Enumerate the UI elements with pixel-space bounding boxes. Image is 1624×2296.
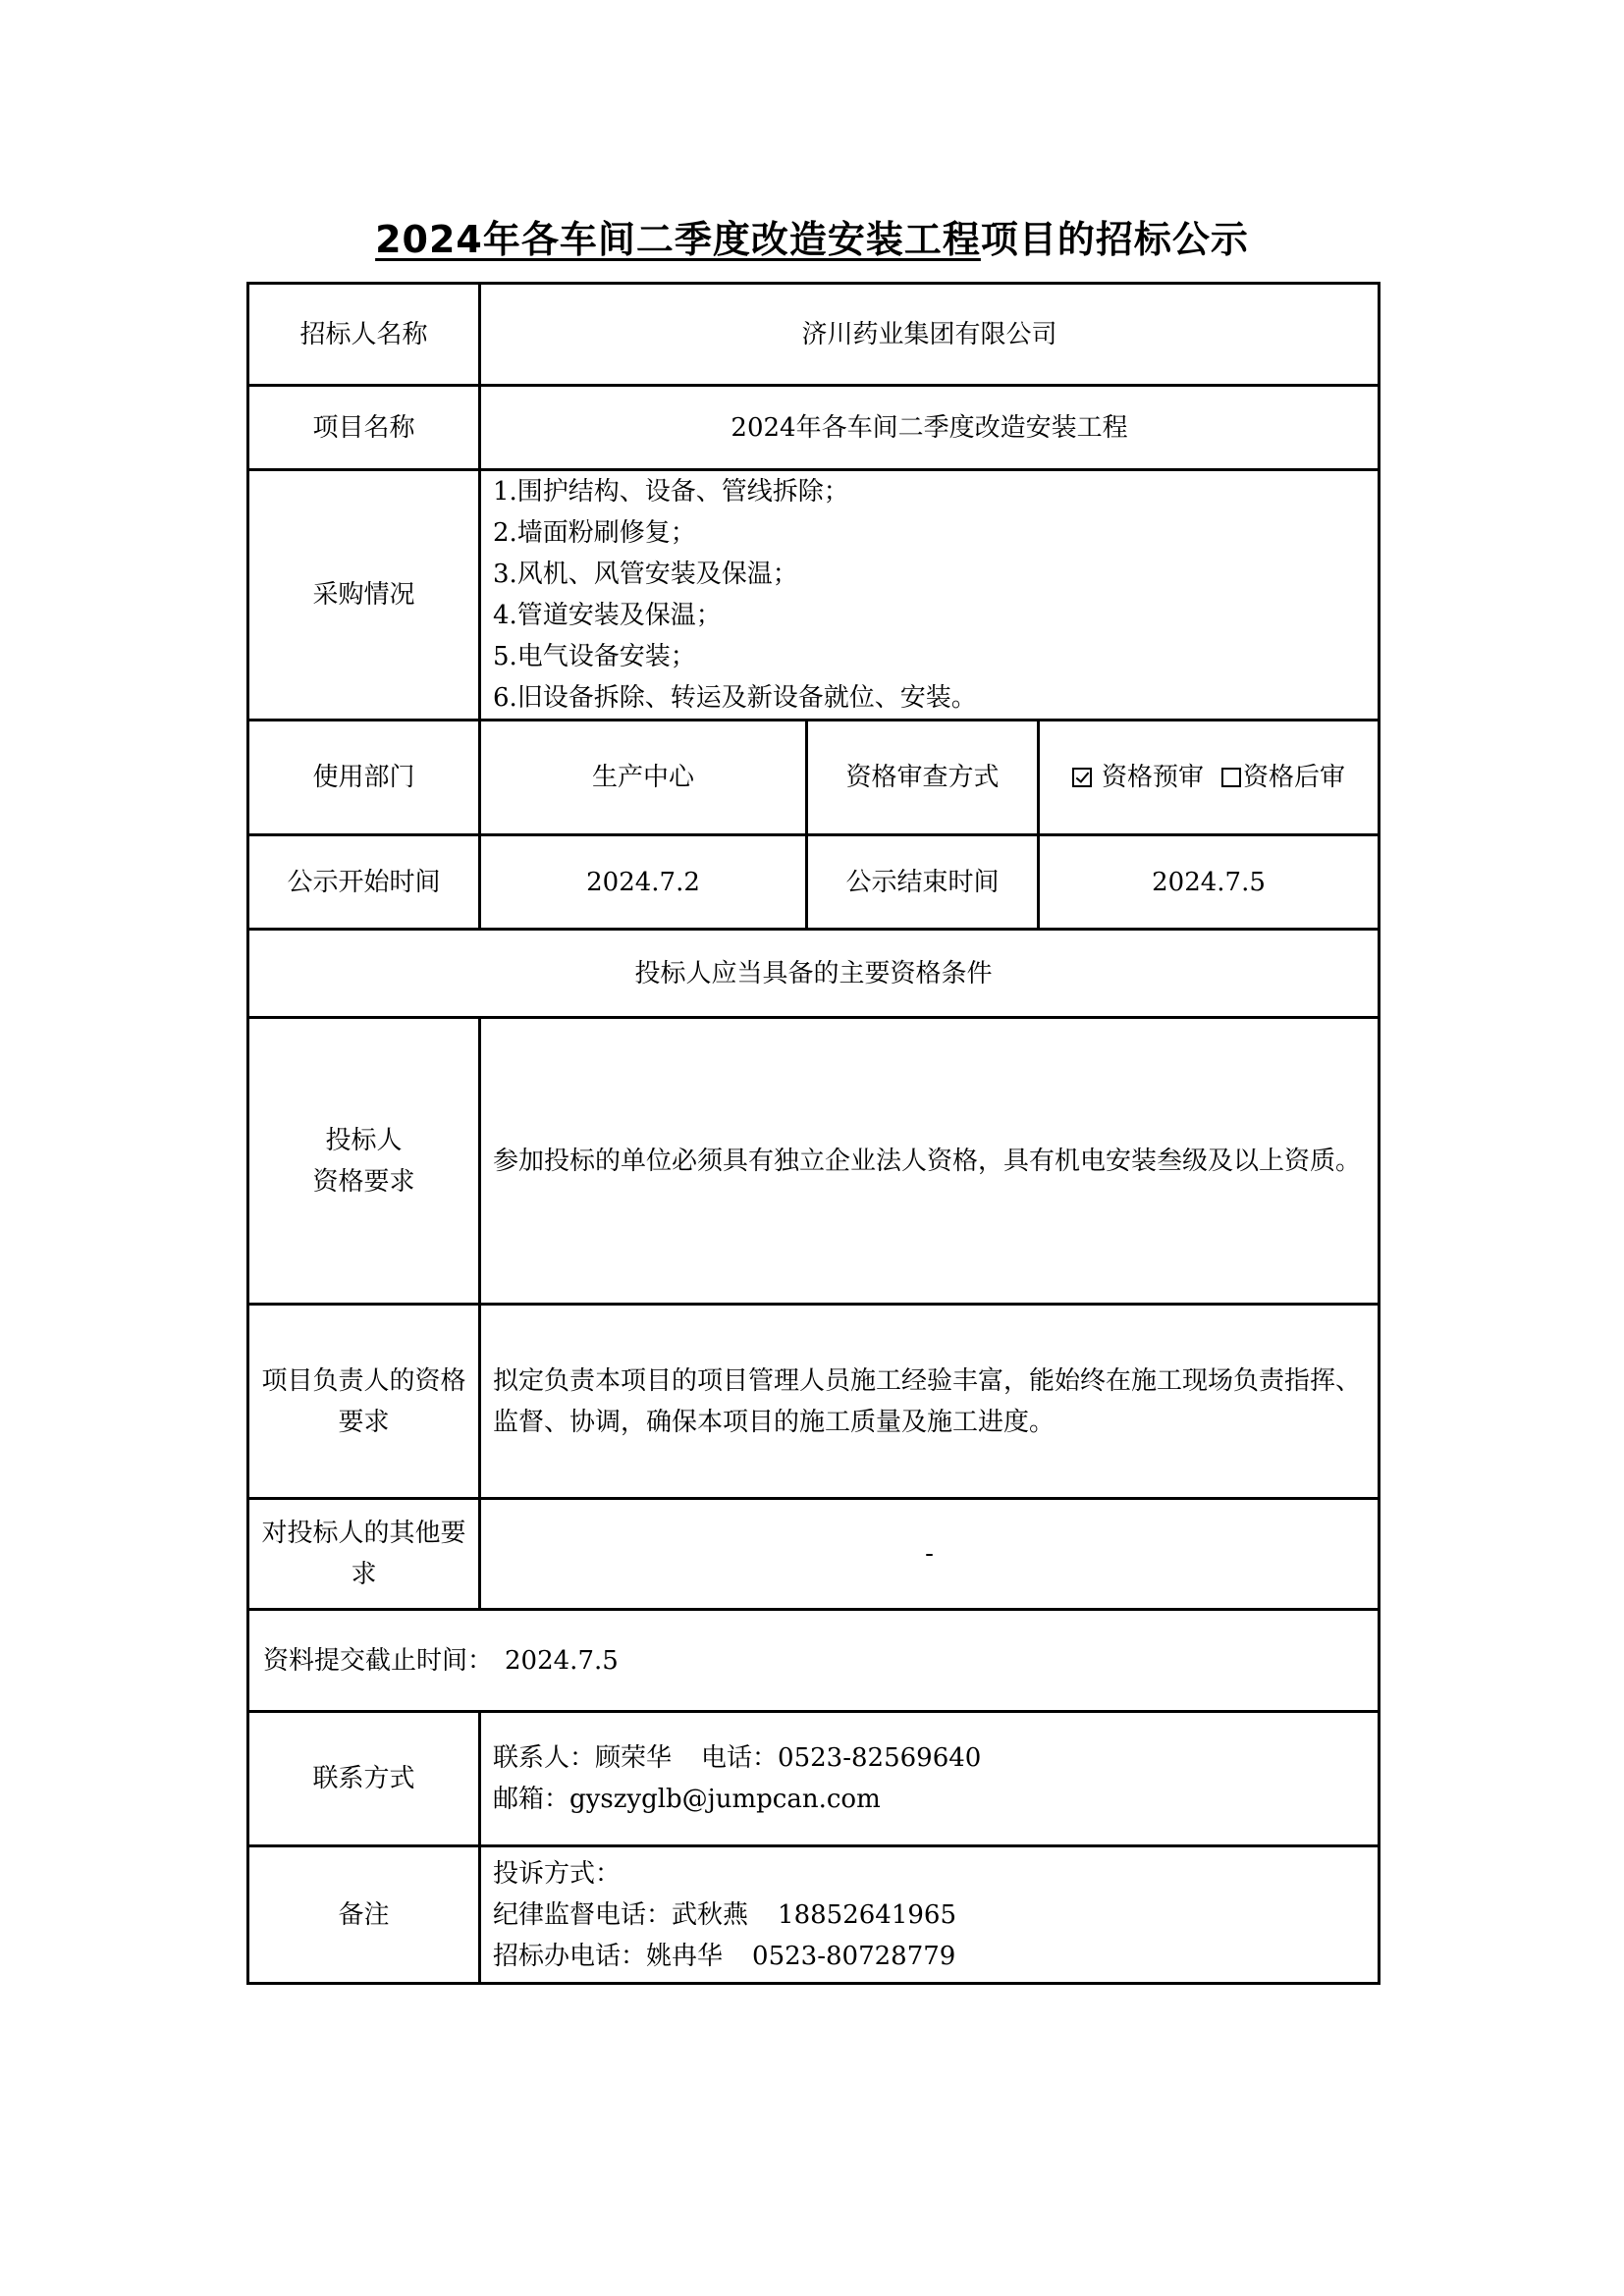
row-tenderer: 招标人名称 济川药业集团有限公司 <box>248 284 1380 386</box>
start-time-value: 2024.7.2 <box>480 835 807 930</box>
discipline-name: 武秋燕 <box>672 1900 748 1930</box>
section-header: 投标人应当具备的主要资格条件 <box>248 930 1380 1018</box>
review-option-postqualification: 资格后审 <box>1243 763 1345 792</box>
contact-label: 联系方式 <box>248 1712 480 1846</box>
row-manager-requirements: 项目负责人的资格要求 拟定负责本项目的项目管理人员施工经验丰富，能始终在施工现场… <box>248 1305 1380 1499</box>
procurement-item: 6.旧设备拆除、转运及新设备就位、安装。 <box>493 677 1366 719</box>
tenderer-label: 招标人名称 <box>248 284 480 386</box>
procurement-list: 1.围护结构、设备、管线拆除； 2.墙面粉刷修复； 3.风机、风管安装及保温； … <box>480 470 1380 721</box>
contact-info: 联系人：顾荣华电话：0523-82569640 邮箱：gyszyglb@jump… <box>480 1712 1380 1846</box>
project-value: 2024年各车间二季度改造安装工程 <box>480 386 1380 470</box>
contact-phone: 0523-82569640 <box>778 1743 981 1773</box>
other-req-label: 对投标人的其他要求 <box>248 1499 480 1610</box>
review-method-options: 资格预审资格后审 <box>1039 721 1380 835</box>
procurement-item: 1.围护结构、设备、管线拆除； <box>493 471 1366 512</box>
procurement-item: 4.管道安装及保温； <box>493 595 1366 636</box>
review-option-prequalification: 资格预审 <box>1102 763 1204 792</box>
manager-req-label: 项目负责人的资格要求 <box>248 1305 480 1499</box>
project-label: 项目名称 <box>248 386 480 470</box>
tenderer-value: 济川药业集团有限公司 <box>480 284 1380 386</box>
procurement-item: 3.风机、风管安装及保温； <box>493 554 1366 595</box>
contact-person: 顾荣华 <box>595 1743 672 1773</box>
procurement-label: 采购情况 <box>248 470 480 721</box>
contact-email[interactable]: gyszyglb@jumpcan.com <box>569 1785 881 1814</box>
procurement-item: 2.墙面粉刷修复； <box>493 512 1366 554</box>
row-contact: 联系方式 联系人：顾荣华电话：0523-82569640 邮箱：gyszyglb… <box>248 1712 1380 1846</box>
page-title: 2024年各车间二季度改造安装工程项目的招标公示 <box>0 210 1624 269</box>
bidder-req-value: 参加投标的单位必须具有独立企业法人资格，具有机电安装叁级及以上资质。 <box>480 1018 1380 1305</box>
tender-notice-table: 招标人名称 济川药业集团有限公司 项目名称 2024年各车间二季度改造安装工程 … <box>246 282 1380 1985</box>
bidder-req-label-line2: 资格要求 <box>261 1161 466 1202</box>
dept-label: 使用部门 <box>248 721 480 835</box>
row-deadline: 资料提交截止时间：2024.7.5 <box>248 1610 1380 1712</box>
manager-req-value: 拟定负责本项目的项目管理人员施工经验丰富，能始终在施工现场负责指挥、监督、协调，… <box>480 1305 1380 1499</box>
tender-office-name: 姚冉华 <box>646 1942 723 1971</box>
other-req-value: - <box>480 1499 1380 1610</box>
contact-email-label: 邮箱： <box>493 1785 569 1814</box>
dept-value: 生产中心 <box>480 721 807 835</box>
tender-office-label: 招标办电话： <box>493 1942 646 1971</box>
row-section-header: 投标人应当具备的主要资格条件 <box>248 930 1380 1018</box>
title-underlined-part: 2024年各车间二季度改造安装工程 <box>375 218 981 261</box>
bidder-req-label: 投标人 资格要求 <box>248 1018 480 1305</box>
remarks-content: 投诉方式： 纪律监督电话：武秋燕18852641965 招标办电话：姚冉华052… <box>480 1846 1380 1984</box>
row-bidder-requirements: 投标人 资格要求 参加投标的单位必须具有独立企业法人资格，具有机电安装叁级及以上… <box>248 1018 1380 1305</box>
row-remarks: 备注 投诉方式： 纪律监督电话：武秋燕18852641965 招标办电话：姚冉华… <box>248 1846 1380 1984</box>
deadline-label: 资料提交截止时间： <box>263 1646 493 1676</box>
checkbox-checked-icon[interactable] <box>1072 768 1092 787</box>
row-dept-review: 使用部门 生产中心 资格审查方式 资格预审资格后审 <box>248 721 1380 835</box>
start-time-label: 公示开始时间 <box>248 835 480 930</box>
complaint-heading: 投诉方式： <box>493 1853 1366 1895</box>
contact-person-label: 联系人： <box>493 1743 595 1773</box>
deadline-cell: 资料提交截止时间：2024.7.5 <box>248 1610 1380 1712</box>
row-procurement: 采购情况 1.围护结构、设备、管线拆除； 2.墙面粉刷修复； 3.风机、风管安装… <box>248 470 1380 721</box>
procurement-item: 5.电气设备安装； <box>493 636 1366 677</box>
discipline-phone: 18852641965 <box>778 1900 956 1930</box>
tender-office-phone: 0523-80728779 <box>752 1942 955 1971</box>
end-time-value: 2024.7.5 <box>1039 835 1380 930</box>
deadline-value: 2024.7.5 <box>505 1646 619 1676</box>
bidder-req-label-line1: 投标人 <box>261 1120 466 1161</box>
remarks-label: 备注 <box>248 1846 480 1984</box>
title-rest-part: 项目的招标公示 <box>981 218 1249 261</box>
row-other-requirements: 对投标人的其他要求 - <box>248 1499 1380 1610</box>
end-time-label: 公示结束时间 <box>807 835 1039 930</box>
review-method-label: 资格审查方式 <box>807 721 1039 835</box>
contact-phone-label: 电话： <box>701 1743 778 1773</box>
row-dates: 公示开始时间 2024.7.2 公示结束时间 2024.7.5 <box>248 835 1380 930</box>
discipline-label: 纪律监督电话： <box>493 1900 672 1930</box>
checkbox-unchecked-icon[interactable] <box>1221 768 1241 787</box>
row-project: 项目名称 2024年各车间二季度改造安装工程 <box>248 386 1380 470</box>
